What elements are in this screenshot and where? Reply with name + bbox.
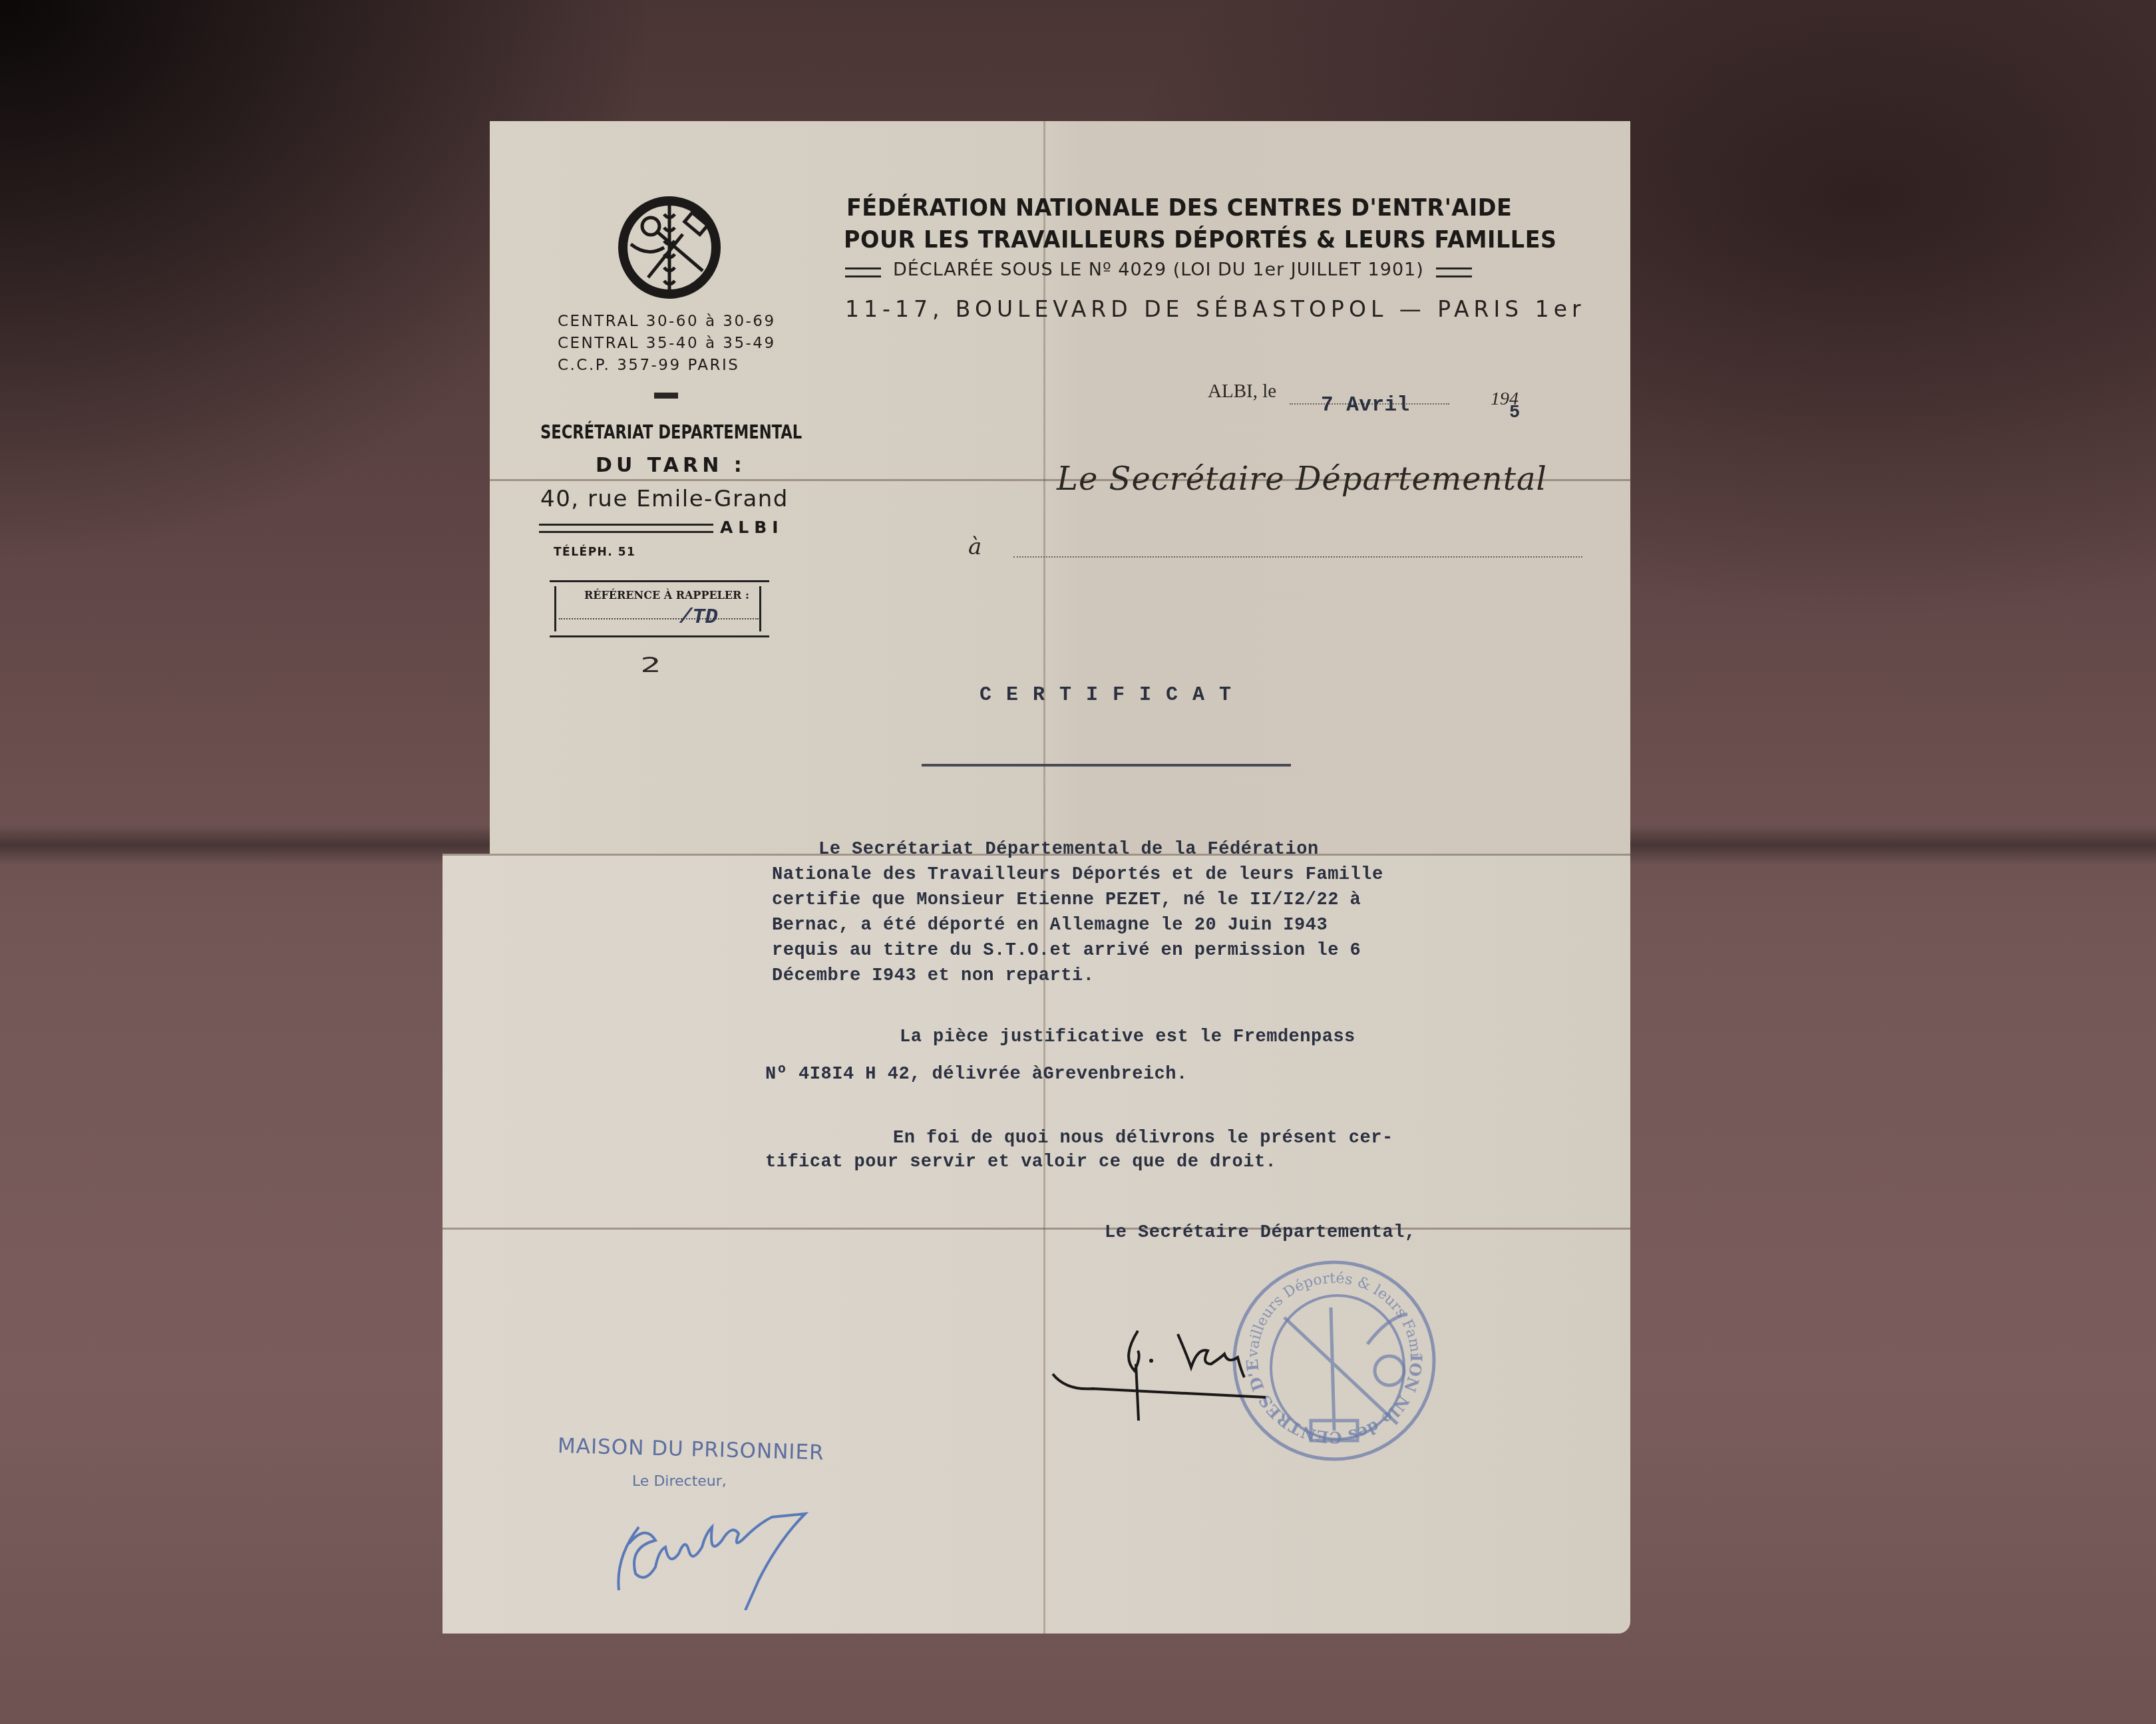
handwritten-mark: 2: [640, 652, 661, 677]
reference-label: RÉFÉRENCE À RAPPELER :: [584, 589, 749, 602]
body-line: Décembre I943 et non reparti.: [772, 966, 1094, 986]
body-line: Bernac, a été déporté en Allemagne le 20…: [772, 916, 1328, 936]
prisoner-house-stamp-line2: Le Directeur,: [632, 1473, 727, 1490]
dateline-date: 7 Avril: [1321, 394, 1410, 417]
reference-dotline: [559, 618, 759, 619]
ccp-account: C.C.P. 357-99 PARIS: [558, 357, 739, 374]
body-line: Le Secrétariat Départemental de la Fédér…: [818, 840, 1319, 860]
sender-title: Le Secrétaire Départemental: [1057, 460, 1547, 498]
dateline-year-suffix: 5: [1509, 403, 1521, 423]
separator-mark: [654, 393, 678, 399]
horizontal-fold-crease: [443, 1228, 1630, 1230]
recipient-field[interactable]: [1013, 556, 1582, 558]
director-signature: [606, 1490, 845, 1610]
recipient-prefix: à: [968, 534, 982, 560]
phone-line-2: CENTRAL 35-40 à 35-49: [558, 335, 776, 352]
org-address: 11-17, BOULEVARD DE SÉBASTOPOL — PARIS 1…: [845, 296, 1586, 322]
double-rule: [1436, 267, 1472, 277]
certificate-title: C E R T I F I C A T: [980, 684, 1232, 707]
body-line: certifie que Monsieur Etienne PEZET, né …: [772, 890, 1361, 910]
secretariat-title: SECRÉTARIAT DEPARTEMENTAL: [540, 421, 802, 443]
double-rule: [845, 267, 881, 277]
street-address: 40, rue Emile-Grand: [540, 486, 789, 512]
phone-line-1: CENTRAL 30-60 à 30-69: [558, 313, 776, 330]
body-line: Nationale des Travailleurs Déportés et d…: [772, 865, 1383, 885]
body-line: En foi de quoi nous délivrons le présent…: [893, 1128, 1393, 1148]
reference-box: RÉFÉRENCE À RAPPELER : /TD: [550, 580, 769, 637]
org-name-line1: FÉDÉRATION NATIONALE DES CENTRES D'ENTR'…: [846, 194, 1512, 222]
city-name: ALBI: [720, 518, 784, 537]
director-signature-text: Bleuchar: [612, 1530, 615, 1531]
dateline-place: ALBI, le: [1208, 381, 1276, 403]
title-underline: [922, 764, 1291, 767]
secretary-signature-text: G. Vert: [1078, 1299, 1081, 1299]
body-line: Nº 4I8I4 H 42, délivrée àGrevenbreich.: [765, 1065, 1188, 1085]
declaration-text: DÉCLARÉE SOUS LE Nº 4029 (LOI DU 1er JUI…: [893, 259, 1424, 280]
body-line: requis au titre du S.T.O.et arrivé en pe…: [772, 941, 1361, 961]
department-name: DU TARN :: [596, 454, 746, 477]
closing-title: Le Secrétaire Départemental,: [1105, 1223, 1416, 1243]
federation-logo-icon: [616, 194, 723, 301]
secretary-signature: [1045, 1324, 1324, 1424]
org-name-line2: POUR LES TRAVAILLEURS DÉPORTÉS & LEURS F…: [844, 226, 1557, 254]
declaration-line: DÉCLARÉE SOUS LE Nº 4029 (LOI DU 1er JUI…: [845, 259, 2156, 280]
body-line: tificat pour servir et valoir ce que de …: [765, 1152, 1276, 1172]
body-line: La pièce justificative est le Fremdenpas…: [900, 1027, 1355, 1047]
reference-value: /TD: [679, 605, 718, 629]
telephone-number: TÉLÉPH. 51: [554, 546, 635, 559]
double-rule: [539, 524, 713, 533]
